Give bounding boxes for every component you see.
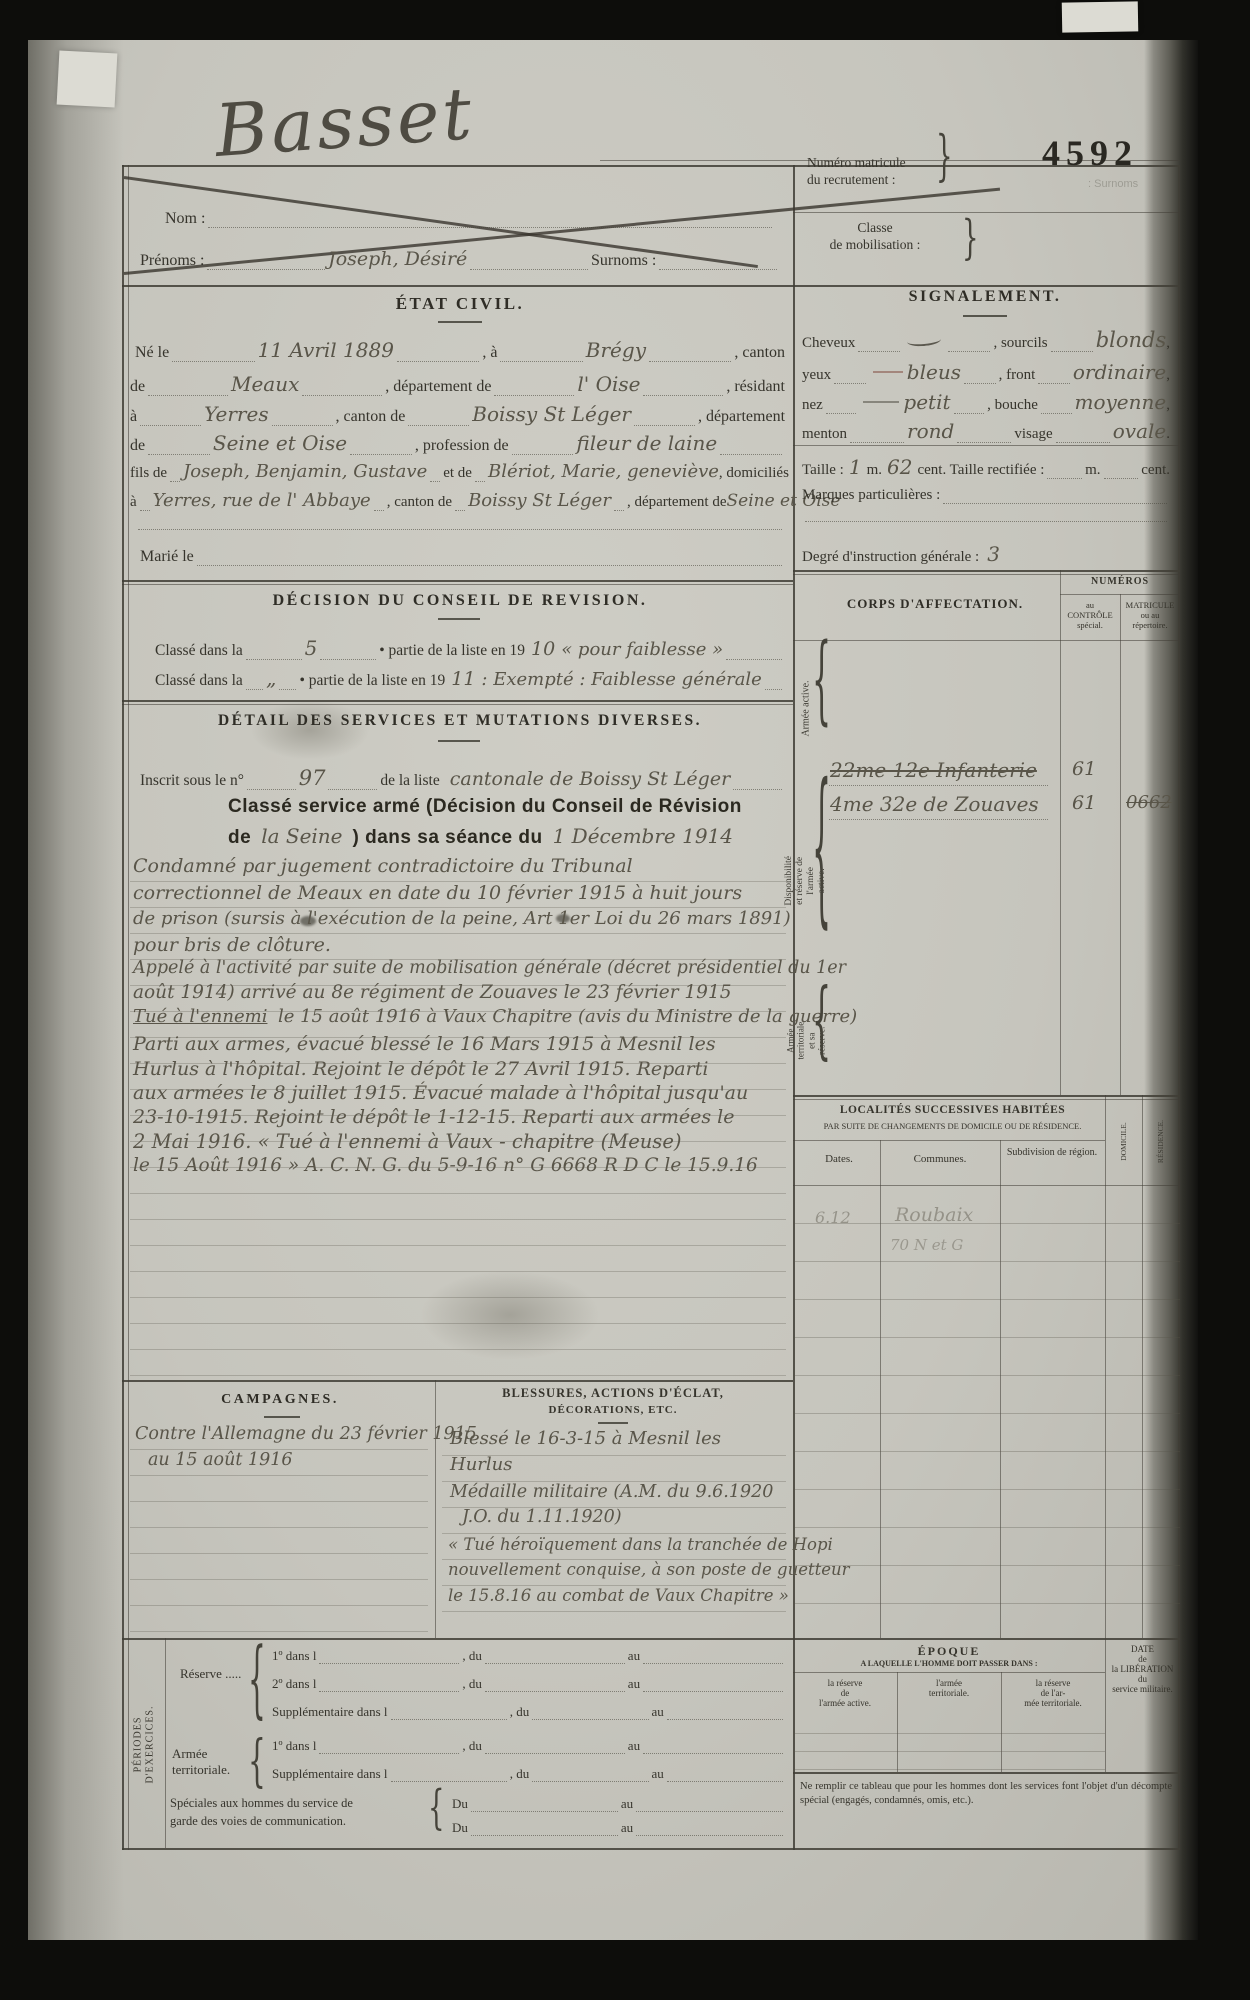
partie-ditto: „ xyxy=(266,666,276,690)
dots xyxy=(829,780,1048,786)
dots xyxy=(957,437,1011,443)
seance-date-value: 1 Décembre 1914 xyxy=(553,824,733,848)
m-label: m. xyxy=(867,462,882,479)
au-label: au xyxy=(621,1796,633,1812)
dots xyxy=(319,1658,459,1664)
degre-label: Degré d'instruction générale : xyxy=(802,549,979,566)
residence-col-label: RÉSIDENCE. xyxy=(1142,1098,1180,1184)
blessure-line-5: « Tué héroïquement dans la tranchée de H… xyxy=(448,1535,833,1554)
campagne-line-2: au 15 août 1916 xyxy=(148,1450,292,1470)
father-name-value: Joseph, Benjamin, Gustave xyxy=(183,461,427,482)
dots xyxy=(172,356,254,362)
dots xyxy=(943,498,1167,504)
disponibilite-brace: { xyxy=(812,769,831,937)
reserve-row-2: 2º dans l , du au xyxy=(272,1676,786,1692)
campagnes-title: CAMPAGNES. xyxy=(160,1392,400,1408)
corps-title: CORPS D'AFFECTATION. xyxy=(820,596,1050,612)
tape-corner xyxy=(57,51,118,108)
title-underline xyxy=(438,740,480,742)
nez-label: nez xyxy=(802,397,823,414)
campagne-line-1: Contre l'Allemagne du 23 février 1915 xyxy=(135,1424,477,1444)
dans-label: 2º dans l xyxy=(272,1676,316,1692)
reserve-row-3: Supplémentaire dans l , du au xyxy=(272,1704,786,1720)
residence-value: Yerres xyxy=(204,402,269,426)
dots xyxy=(247,784,296,790)
taille-label: Taille : xyxy=(802,462,844,479)
dots xyxy=(302,390,382,396)
dots xyxy=(858,346,900,352)
blessure-line-4: J.O. du 1.11.1920) xyxy=(462,1507,622,1527)
sig-bottom-divider-2 xyxy=(793,574,1180,575)
dots xyxy=(319,1748,459,1754)
periodes-top-divider xyxy=(122,1638,1180,1640)
annee-value: 10 xyxy=(531,638,555,660)
epoque-ruled xyxy=(793,1716,1105,1770)
speciales-label-2: garde des voies de communication. xyxy=(170,1814,346,1829)
services-title: DÉTAIL DES SERVICES ET MUTATIONS DIVERSE… xyxy=(180,712,740,730)
prenoms-value: Joseph, Désiré xyxy=(328,248,467,270)
dots xyxy=(643,1686,783,1692)
dots xyxy=(475,476,485,482)
dots xyxy=(1041,408,1072,414)
speciales-label-1: Spéciales aux hommes du service de xyxy=(170,1796,353,1811)
du-label: , du xyxy=(462,1676,482,1692)
dots xyxy=(850,437,904,443)
svc-p9: Hurlus à l'hôpital. Rejoint le dépôt le … xyxy=(133,1058,708,1080)
blessure-line-6: nouvellement conquise, à son poste de gu… xyxy=(448,1560,850,1579)
dots xyxy=(485,1658,625,1664)
numero-liste-value: 97 xyxy=(299,766,326,790)
territoriale-row-1: 1º dans l , du au xyxy=(272,1738,786,1754)
form-left-border-2 xyxy=(128,165,129,1850)
front-label: , front xyxy=(999,367,1036,384)
stamp-de: de xyxy=(228,827,251,849)
dots xyxy=(634,420,695,426)
birth-place-value: Brégy xyxy=(586,338,646,362)
canton-label: , canton de xyxy=(387,494,452,511)
speciales-row-1: Du au xyxy=(452,1796,786,1812)
fils-de-label: fils de xyxy=(130,465,167,482)
corps-entry-2-controle: 61 xyxy=(1072,792,1096,814)
departement-label: , département xyxy=(698,408,785,426)
ec-line-6: à Yerres, rue de l' Abbaye , canton de B… xyxy=(130,490,785,511)
du-label: , du xyxy=(510,1766,530,1782)
de-label: de xyxy=(130,378,145,396)
stamp-seance: ) dans sa séance du xyxy=(353,827,543,849)
bouche-label: , bouche xyxy=(987,397,1038,414)
dans-label: 1º dans l xyxy=(272,1738,316,1754)
corner-label xyxy=(1062,1,1139,32)
epoque-col-1: la réserve de l'armée active. xyxy=(795,1678,895,1708)
epoque-col-2: l'armée territoriale. xyxy=(899,1678,999,1698)
domicile-col-label: DOMICILE. xyxy=(1105,1098,1142,1184)
sig-row-2: yeux bleus , front ordinaire, xyxy=(802,360,1170,384)
menton-value: rond xyxy=(907,419,954,443)
inscrit-label: Inscrit sous le n° xyxy=(140,772,244,790)
localites-top-divider xyxy=(793,1095,1180,1097)
speciales-row-2: Du au xyxy=(452,1820,786,1836)
ne-le-label: Né le xyxy=(135,344,169,362)
classe-label-1: Classe xyxy=(800,220,950,236)
ec-line-1: Né le 11 Avril 1889 , à Brégy , canton xyxy=(135,338,785,362)
territoriale-brace: { xyxy=(812,981,831,1065)
dots xyxy=(1056,437,1110,443)
menton-label: menton xyxy=(802,426,847,443)
marques-label: Marques particulières : xyxy=(802,487,940,504)
header-divider xyxy=(122,285,1180,287)
prenoms-label: Prénoms : xyxy=(140,252,204,270)
mother-name-value: Blériot, Marie, geneviève xyxy=(488,461,719,482)
svc-p7: Tué à l'ennemi le 15 août 1916 à Vaux Ch… xyxy=(133,1006,857,1027)
blessure-line-1: Blessé le 16-3-15 à Mesnil les xyxy=(450,1428,721,1449)
de-label: de xyxy=(130,437,145,455)
dots xyxy=(140,505,150,511)
blessures-title-2: DÉCORATIONS, ETC. xyxy=(443,1404,783,1416)
title-underline xyxy=(438,321,482,323)
localite-date-entry: 6.12 xyxy=(815,1208,851,1227)
departement-value: l' Oise xyxy=(577,372,640,396)
dots xyxy=(733,784,782,790)
dots xyxy=(1038,378,1070,384)
numeros-col-divider xyxy=(1060,570,1061,1095)
blessure-line-2: Hurlus xyxy=(450,1454,512,1475)
dots xyxy=(140,420,201,426)
liste-label: de la liste xyxy=(380,772,439,790)
blank-rule xyxy=(802,516,1170,522)
dots xyxy=(272,420,333,426)
ec-line-5: fils de Joseph, Benjamin, Gustave et de … xyxy=(130,461,785,482)
reserve-label: Réserve ..... xyxy=(180,1666,241,1682)
dots xyxy=(636,1830,783,1836)
address-value: Yerres, rue de l' Abbaye xyxy=(153,490,371,511)
dots xyxy=(430,476,440,482)
ec-line-3: à Yerres , canton de Boissy St Léger , d… xyxy=(130,402,785,426)
dots xyxy=(350,449,412,455)
territoriale-label: Armée territoriale. xyxy=(172,1746,250,1777)
dots xyxy=(1104,473,1139,479)
periodes-side-label: PÉRIODES D'EXERCICES. xyxy=(122,1648,165,1840)
a-label: , à xyxy=(482,344,497,362)
dots xyxy=(659,264,777,270)
degre-value: 3 xyxy=(987,542,1000,566)
numeros-header: NUMÉROS xyxy=(1060,576,1180,587)
tue-ennemi-underlined: Tué à l'ennemi xyxy=(133,1006,267,1027)
dots xyxy=(805,516,1167,522)
front-value: ordinaire xyxy=(1073,360,1166,384)
dots xyxy=(470,264,588,270)
title-underline xyxy=(963,315,1007,317)
dots xyxy=(826,408,857,414)
decision-line-2: Classé dans la „ • partie de la liste en… xyxy=(155,666,785,690)
taille-metres: 1 xyxy=(849,455,862,479)
dots xyxy=(954,408,985,414)
prenoms-row: Prénoms : Joseph, Désiré Surnoms : xyxy=(140,248,780,270)
decision-top-divider xyxy=(122,580,793,582)
au-label: au xyxy=(652,1766,664,1782)
svc-p10: aux armées le 8 juillet 1915. Évacué mal… xyxy=(133,1082,748,1104)
epoque-subtitle: A LAQUELLE L'HOMME DOIT PASSER DANS : xyxy=(793,1659,1105,1668)
header-right-divider xyxy=(793,212,1180,213)
blank-rule xyxy=(826,814,1051,820)
localites-title: LOCALITÉS SUCCESSIVES HABITÉES xyxy=(800,1104,1105,1116)
dots xyxy=(455,505,465,511)
dots xyxy=(148,390,228,396)
au-label: au xyxy=(628,1676,640,1692)
subdivision-header: Subdivision de région. xyxy=(1002,1147,1102,1158)
matricule-label-2: du recrutement : xyxy=(807,172,895,188)
dots xyxy=(197,560,782,566)
dots xyxy=(532,1714,648,1720)
dots xyxy=(485,1686,625,1692)
yeux-value: bleus xyxy=(907,360,961,384)
residant-label: , résidant xyxy=(726,378,785,396)
dots xyxy=(374,505,384,511)
dots xyxy=(667,1776,783,1782)
au-label: au xyxy=(652,1704,664,1720)
annee-value: 11 xyxy=(451,668,475,690)
supplementaire-label: Supplémentaire dans l xyxy=(272,1766,388,1782)
canton-residence-value: Boissy St Léger xyxy=(472,402,631,426)
armee-active-brace: { xyxy=(812,635,831,731)
ghost-stamp: : Surnoms xyxy=(1088,178,1138,190)
matricule-label-1: Numéro matricule xyxy=(807,155,906,171)
dots xyxy=(726,654,782,660)
a-label: à xyxy=(130,494,137,511)
decision-top-divider-2 xyxy=(122,584,793,585)
matricule-number: 4592 xyxy=(1010,132,1170,174)
surnoms-label: Surnoms : xyxy=(591,252,656,270)
blessure-line-7: le 15.8.16 au combat de Vaux Chapitre » xyxy=(448,1586,789,1605)
title-underline xyxy=(598,1422,628,1424)
dots xyxy=(834,378,866,384)
svc-p13: le 15 Août 1916 » A. C. N. G. du 5-9-16 … xyxy=(133,1155,758,1176)
classe-label-2: de mobilisation : xyxy=(793,237,957,253)
domicilies-label: , domiciliés xyxy=(719,465,789,482)
classe-brace: } xyxy=(962,216,979,263)
motif-value: « pour faiblesse » xyxy=(561,639,723,660)
svc-p8: Parti aux armes, évacué blessé le 16 Mar… xyxy=(133,1033,716,1055)
sourcils-value: blonds xyxy=(1096,328,1167,352)
localites-header-divider xyxy=(793,1140,1105,1141)
dots xyxy=(471,1806,618,1812)
dots xyxy=(471,1830,618,1836)
dots xyxy=(829,814,1048,820)
corps-entry-2: 4me 32e de Zouaves xyxy=(830,792,1039,816)
a-label: à xyxy=(130,408,137,426)
sig-bottom-divider xyxy=(793,570,1180,572)
dots xyxy=(485,1748,625,1754)
dots xyxy=(246,684,263,690)
dots xyxy=(208,222,772,228)
dots xyxy=(614,505,624,511)
speciales-brace: { xyxy=(428,1786,445,1833)
territoriale-brace: { xyxy=(248,1734,266,1790)
svc-p4: pour bris de clôture. xyxy=(133,934,331,956)
degre-row: Degré d'instruction générale : 3 xyxy=(802,542,1170,566)
date-liberation-header: DATE de la LIBÉRATION du service militai… xyxy=(1107,1644,1178,1694)
marie-le-label: Marié le xyxy=(140,548,194,566)
dots xyxy=(397,356,479,362)
cent-label: cent. xyxy=(1141,462,1170,479)
dots xyxy=(148,449,210,455)
controle-header: au CONTRÔLE spécial. xyxy=(1062,600,1118,630)
sig-divider xyxy=(793,445,1180,446)
nom-row: Nom : xyxy=(165,210,775,228)
partie-value: 5 xyxy=(305,636,318,660)
inscrit-row: Inscrit sous le n° 97 de la liste canton… xyxy=(140,766,785,790)
profession-value: fileur de laine xyxy=(576,431,717,455)
dots xyxy=(1051,346,1093,352)
stain xyxy=(250,700,370,760)
dots xyxy=(207,264,325,270)
dots xyxy=(320,654,376,660)
dots xyxy=(500,356,582,362)
dots xyxy=(643,390,723,396)
dots xyxy=(643,1658,783,1664)
correction-mark xyxy=(873,371,903,373)
communes-header: Communes. xyxy=(884,1153,996,1165)
sig-row-4: menton rond visage ovale. xyxy=(802,419,1170,443)
blank-rule xyxy=(826,780,1051,786)
campagnes-top-divider xyxy=(122,1380,793,1382)
canton-value: Meaux xyxy=(231,372,299,396)
canton-label: , canton xyxy=(734,344,785,362)
taille-cm: 62 xyxy=(887,455,912,479)
ec-line-4: de Seine et Oise , profession de fileur … xyxy=(130,431,785,455)
profession-label: , profession de xyxy=(415,437,509,455)
matricule-header: MATRICULE ou au répertoire. xyxy=(1122,600,1178,630)
blank-rule xyxy=(135,524,785,530)
reserve-row-1: 1º dans l , du au xyxy=(272,1648,786,1664)
classe-dans-la-label: Classé dans la xyxy=(155,642,243,660)
au-label: au xyxy=(628,1738,640,1754)
visage-value: ovale xyxy=(1113,419,1167,443)
dots xyxy=(138,524,782,530)
localites-ruled xyxy=(793,1186,1180,1638)
svc-p5: Appelé à l'activité par suite de mobilis… xyxy=(133,958,846,978)
visage-label: visage xyxy=(1014,426,1052,443)
title-underline xyxy=(438,618,480,620)
dots xyxy=(948,346,990,352)
corps-entry-2-matricule: 0662 xyxy=(1126,792,1172,813)
form-left-border xyxy=(122,165,124,1850)
svc-p6: août 1914) arrivé au 8e régiment de Zoua… xyxy=(133,982,732,1003)
decision-title: DÉCISION DU CONSEIL DE REVISION. xyxy=(230,592,690,610)
stamp-line-1: Classé service armé (Décision du Conseil… xyxy=(228,796,742,818)
du-label: , du xyxy=(462,1738,482,1754)
partie-liste-label: • partie de la liste en 19 xyxy=(379,642,525,660)
yeux-label: yeux xyxy=(802,367,831,384)
canton-domicile-value: Boissy St Léger xyxy=(468,490,611,511)
nom-label: Nom : xyxy=(165,210,205,228)
dots xyxy=(1047,473,1082,479)
au-label: au xyxy=(628,1648,640,1664)
partie-liste-label: • partie de la liste en 19 xyxy=(299,672,445,690)
dots xyxy=(279,684,296,690)
dots xyxy=(636,1806,783,1812)
dots xyxy=(512,449,574,455)
ec-line-2: de Meaux , département de l' Oise , rési… xyxy=(130,372,785,396)
signalement-title: SIGNALEMENT. xyxy=(860,288,1110,306)
marques-row: Marques particulières : xyxy=(802,487,1170,504)
dots xyxy=(319,1686,459,1692)
liste-value: cantonale de Boissy St Léger xyxy=(450,768,730,790)
dots xyxy=(964,378,996,384)
taille-row: Taille : 1 m. 62 cent. Taille rectifiée … xyxy=(802,455,1170,479)
birth-date-value: 11 Avril 1889 xyxy=(258,338,394,362)
dots xyxy=(643,1748,783,1754)
dates-header: Dates. xyxy=(798,1153,880,1165)
classe-dans-la-label: Classé dans la xyxy=(155,672,243,690)
localite-commune-entry: Roubaix xyxy=(895,1204,973,1226)
numeros-col-divider-2 xyxy=(1120,594,1121,1095)
sig-row-1: Cheveux , sourcils blonds, xyxy=(802,328,1170,352)
svc-p11: 23-10-1915. Rejoint le dépôt le 1-12-15.… xyxy=(133,1106,734,1128)
decision-line-1: Classé dans la 5 • partie de la liste en… xyxy=(155,636,785,660)
supplementaire-label: Supplémentaire dans l xyxy=(272,1704,388,1720)
corps-header-divider xyxy=(793,640,1180,641)
binding-gutter xyxy=(28,40,124,1940)
stamp-line-2: de la Seine ) dans sa séance du 1 Décemb… xyxy=(228,824,733,849)
services-top-divider xyxy=(122,700,793,702)
cheveux-label: Cheveux xyxy=(802,335,855,352)
corps-entry-1: 22me 12e Infanterie xyxy=(830,758,1037,782)
dots xyxy=(720,449,782,455)
motif-value: : Exempté : Faiblesse générale xyxy=(481,669,761,690)
dots xyxy=(408,420,469,426)
epoque-col-3: la réserve de l'ar- mée territoriale. xyxy=(1003,1678,1103,1708)
localite-subdivision-entry: 70 N et G xyxy=(890,1236,963,1254)
military-register-page: Basset Nom : Prénoms : Joseph, Désiré Su… xyxy=(0,0,1250,2000)
canton-label: , canton de xyxy=(336,408,406,426)
dots xyxy=(765,684,782,690)
bouche-value: moyenne xyxy=(1075,390,1167,414)
periodes-label-divider xyxy=(165,1638,166,1848)
dots xyxy=(170,476,180,482)
territoriale-row-2: Supplémentaire dans l , du au xyxy=(272,1766,786,1782)
sourcils-label: , sourcils xyxy=(993,335,1047,352)
taille-rectifiee-label: cent. Taille rectifiée : xyxy=(917,462,1044,479)
dots xyxy=(328,784,377,790)
au-label: au xyxy=(621,1820,633,1836)
departement-label: , département de xyxy=(627,494,727,511)
note-text: Ne remplir ce tableau que pour les homme… xyxy=(800,1780,1172,1807)
conseil-departement-value: la Seine xyxy=(261,824,342,848)
svc-p12: 2 Mai 1916. « Tué à l'ennemi à Vaux - ch… xyxy=(133,1130,681,1153)
du-label: Du xyxy=(452,1796,468,1812)
services-top-divider-2 xyxy=(122,704,793,705)
departement-residence-value: Seine et Oise xyxy=(213,431,347,455)
et-de-label: et de xyxy=(443,465,472,482)
struck-word xyxy=(863,401,899,403)
note-divider xyxy=(793,1772,1180,1774)
departement-label: , département de xyxy=(385,378,491,396)
matricule-brace: } xyxy=(936,130,953,185)
m-label-2: m. xyxy=(1085,462,1100,479)
svc-p7-rest: le 15 août 1916 à Vaux Chapitre (avis du… xyxy=(278,1006,857,1027)
blessure-line-3: Médaille militaire (A.M. du 9.6.1920 xyxy=(450,1482,773,1502)
svc-p3: de prison (sursis à l'exécution de la pe… xyxy=(133,908,791,929)
cheveux-scribble xyxy=(907,333,942,347)
sig-row-3: nez petit , bouche moyenne, xyxy=(802,390,1170,414)
du-label: Du xyxy=(452,1820,468,1836)
corps-entry-1-controle: 61 xyxy=(1072,758,1096,780)
etat-civil-title: ÉTAT CIVIL. xyxy=(300,294,620,314)
campagnes-blessures-divider xyxy=(435,1380,436,1638)
marie-row: Marié le xyxy=(140,548,785,566)
svc-p2: correctionnel de Meaux en date du 10 fév… xyxy=(133,882,742,904)
title-underline xyxy=(264,1416,300,1418)
